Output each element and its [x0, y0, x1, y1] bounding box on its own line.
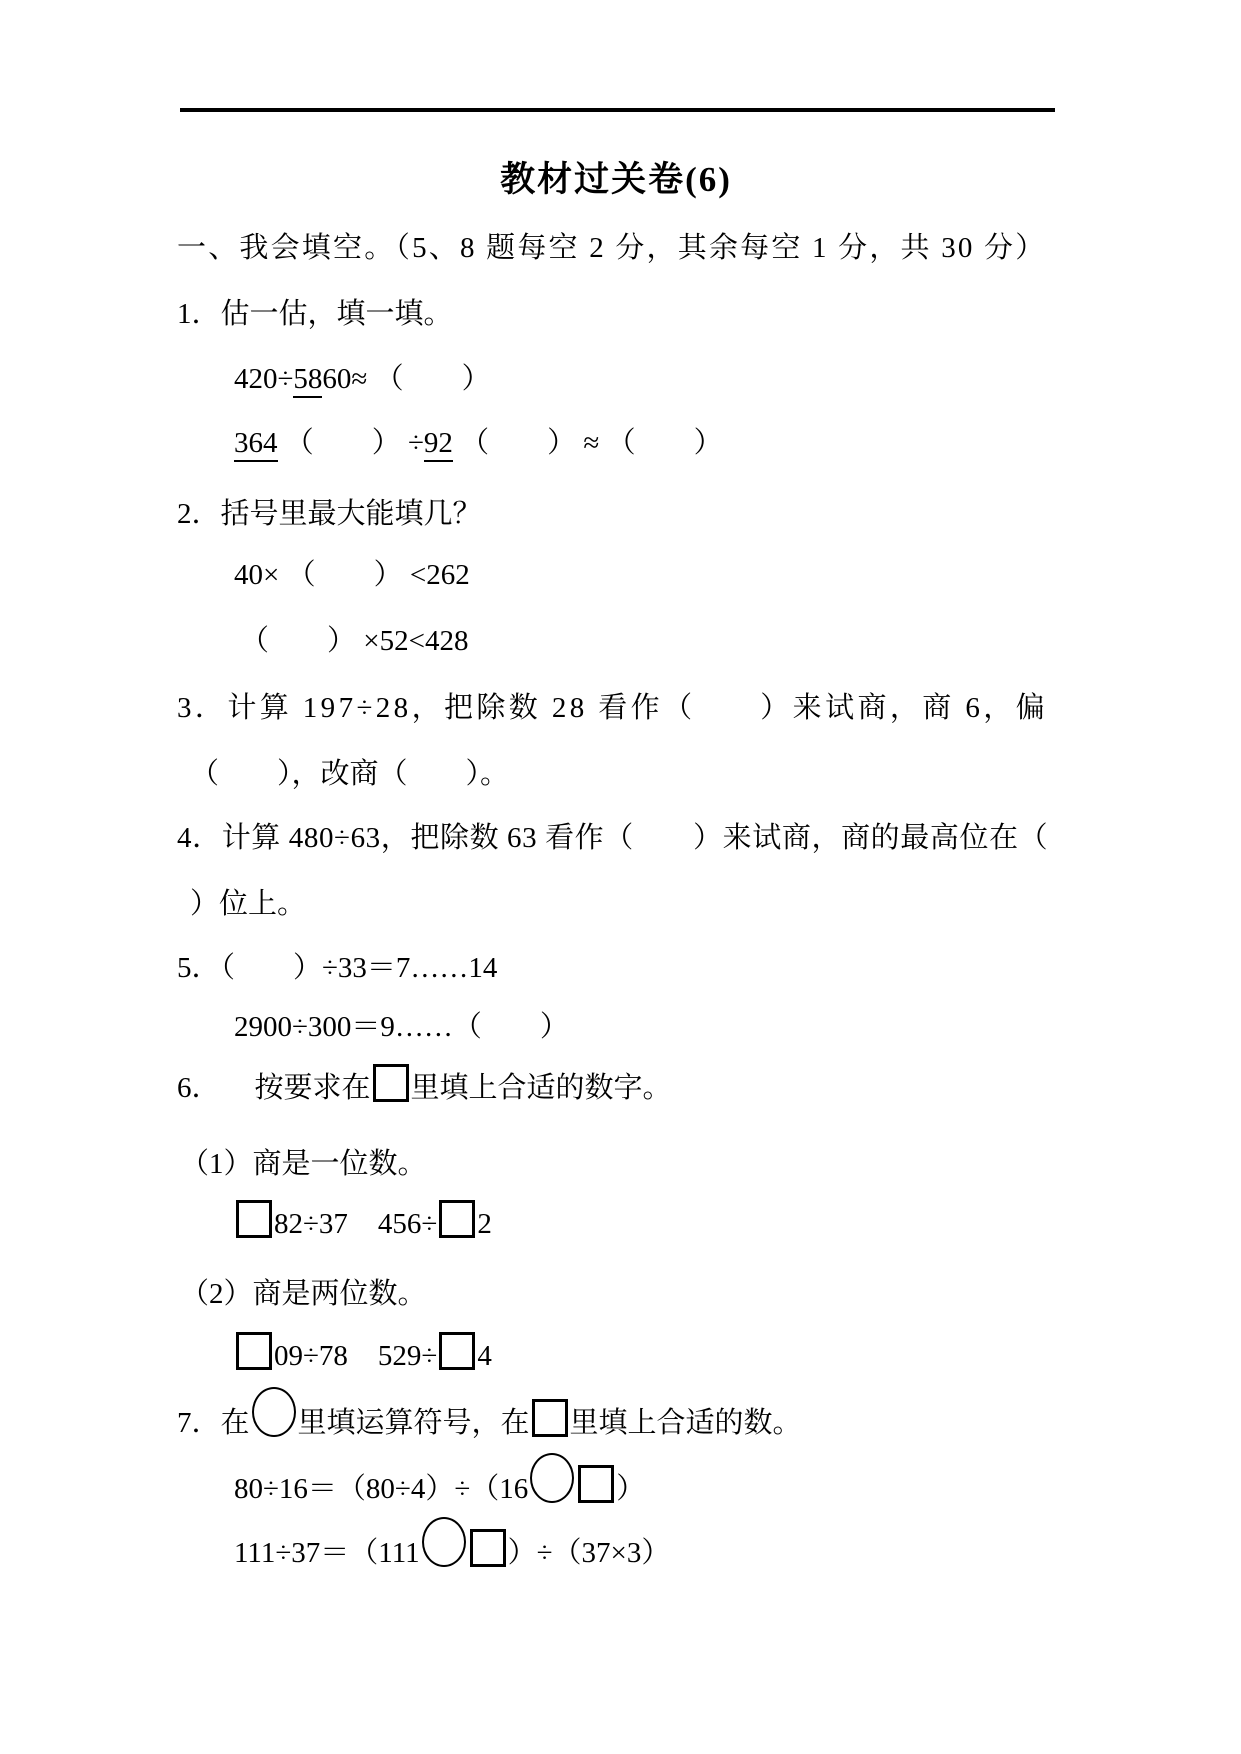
q7-expression-1: 80÷16＝（80÷4）÷（16）	[234, 1453, 645, 1508]
question-4-text: 计算 480÷63，把除数 63 看作（ ）来试商，商的最高位在（	[222, 822, 1049, 854]
underlined-number: 92	[424, 427, 453, 462]
q6-sub2-heading: （2）商是两位数。	[180, 1275, 427, 1313]
operator-circle	[252, 1387, 296, 1437]
expr-text: 09÷78	[274, 1340, 348, 1372]
expr-text: 529÷	[378, 1340, 437, 1372]
q2-expression-2: （ ） ×52<428	[240, 622, 468, 660]
expr-text: 82÷37	[274, 1208, 348, 1240]
blank-box	[236, 1200, 272, 1238]
expr-text: （ ） ≈ （ ）	[453, 427, 723, 459]
question-3-heading: 3．计算 197÷28，把除数 28 看作（ ）来试商，商 6，偏	[177, 689, 1048, 727]
question-1-number: 1．	[177, 298, 221, 330]
expr-text: 420÷	[234, 363, 293, 395]
q6-sub2-text: 商是两位数。	[253, 1278, 427, 1310]
question-3-continuation: （ ），改商（ ）。	[190, 755, 509, 793]
q1-expression-2: 364 （ ） ÷92 （ ） ≈ （ ）	[234, 424, 723, 462]
q6-sub2-expressions: 09÷78529÷4	[234, 1332, 492, 1375]
page-title: 教材过关卷(6)	[177, 160, 1055, 200]
question-7-number: 7．	[177, 1407, 221, 1439]
blank-box	[439, 1200, 475, 1238]
blank-box	[532, 1399, 568, 1437]
question-6-prompt-pre: 按要求在	[255, 1072, 371, 1104]
q5-expression-2: 2900÷300＝9……（ ）	[234, 1008, 569, 1046]
operator-circle	[422, 1517, 466, 1567]
q6-sub1-heading: （1）商是一位数。	[180, 1145, 427, 1183]
underlined-number: 58	[293, 363, 322, 398]
question-2-prompt: 括号里最大能填几？	[221, 498, 482, 530]
question-5-heading: 5．（ ）÷33＝7……14	[177, 949, 497, 987]
question-2-number: 2．	[177, 498, 221, 530]
question-4-continuation: ）位上。	[190, 885, 306, 923]
question-7-prompt-pre: 在	[221, 1407, 250, 1439]
blank-box	[470, 1529, 506, 1567]
question-2-heading: 2．括号里最大能填几？	[177, 495, 482, 533]
question-7-prompt-mid: 里填运算符号，在	[298, 1407, 530, 1439]
q6-sub1-text: 商是一位数。	[253, 1148, 427, 1180]
q6-sub2-number: （2）	[180, 1278, 253, 1310]
question-6-prompt-post: 里填上合适的数字。	[411, 1072, 672, 1104]
section-heading: 一、我会填空。（5、8 题每空 2 分，其余每空 1 分，共 30 分）	[177, 229, 1046, 267]
expr-text: 456÷	[378, 1208, 437, 1240]
q2-expression-1: 40× （ ） <262	[234, 556, 470, 594]
top-rule	[180, 108, 1055, 112]
blank-box	[236, 1332, 272, 1370]
expr-text: 4	[477, 1340, 492, 1372]
question-7-prompt-post: 里填上合适的数。	[570, 1407, 802, 1439]
worksheet-page: 教材过关卷(6) 一、我会填空。（5、8 题每空 2 分，其余每空 1 分，共 …	[0, 0, 1241, 1754]
q1-expression-1: 420÷5860≈ （ ）	[234, 360, 491, 398]
question-3-number: 3．	[177, 692, 227, 724]
expr-text: 2	[477, 1208, 492, 1240]
question-4-heading: 4．计算 480÷63，把除数 63 看作（ ）来试商，商的最高位在（	[177, 819, 1048, 857]
question-1-heading: 1．估一估，填一填。	[177, 295, 453, 333]
blank-box	[578, 1465, 614, 1503]
question-1-prompt: 估一估，填一填。	[221, 298, 453, 330]
expr-text: 80÷16＝（80÷4）÷（16	[234, 1473, 528, 1505]
blank-box	[439, 1332, 475, 1370]
q6-sub1-number: （1）	[180, 1148, 253, 1180]
operator-circle	[530, 1453, 574, 1503]
underlined-number: 364	[234, 427, 278, 462]
expr-text: 60≈ （ ）	[322, 363, 490, 395]
question-3-text: 计算 197÷28，把除数 28 看作（ ）来试商，商 6，偏	[227, 692, 1048, 724]
q5-expression-1: （ ）÷33＝7……14	[221, 952, 498, 984]
question-6-heading: 6．按要求在里填上合适的数字。	[177, 1064, 672, 1107]
blank-box	[373, 1064, 409, 1102]
expr-text: ）÷（37×3）	[508, 1537, 671, 1569]
expr-text: （ ） ÷	[278, 427, 424, 459]
question-5-number: 5．	[177, 952, 221, 984]
question-6-number: 6．	[177, 1072, 221, 1104]
expr-text: ）	[616, 1473, 645, 1505]
question-4-number: 4．	[177, 822, 222, 854]
q7-expression-2: 111÷37＝（111）÷（37×3）	[234, 1517, 670, 1572]
q6-sub1-expressions: 82÷37456÷2	[234, 1200, 492, 1243]
expr-text: 111÷37＝（111	[234, 1537, 420, 1569]
question-7-heading: 7．在里填运算符号，在里填上合适的数。	[177, 1387, 802, 1442]
